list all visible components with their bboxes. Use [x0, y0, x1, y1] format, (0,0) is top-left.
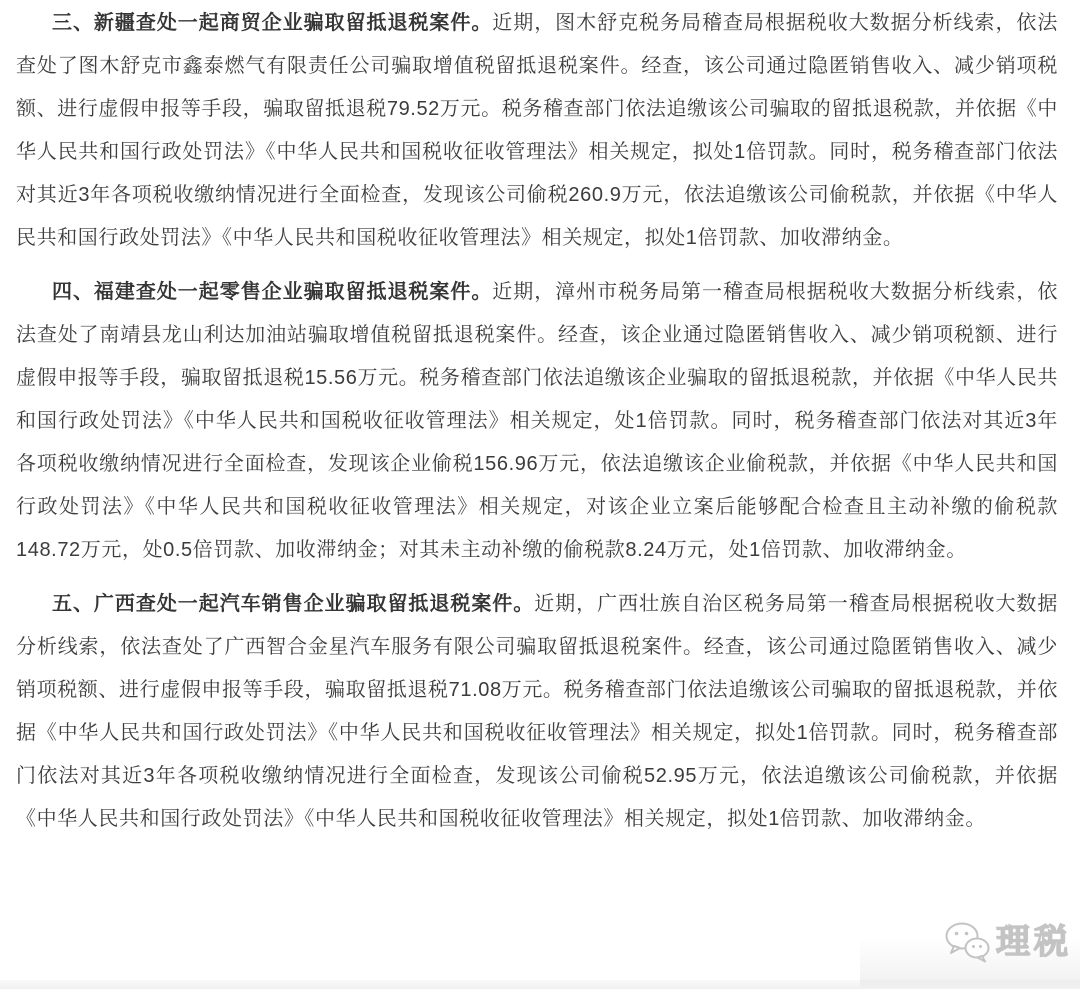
article-body: 三、新疆查处一起商贸企业骗取留抵退税案件。近期，图木舒克税务局稽查局根据税收大数… — [0, 0, 1080, 852]
page-bottom-edge — [0, 980, 1080, 989]
paragraph-case-3-title: 三、新疆查处一起商贸企业骗取留抵退税案件。 — [52, 12, 492, 34]
paragraph-case-3-text: 近期，图木舒克税务局稽查局根据税收大数据分析线索，依法查处了图木舒克市鑫泰燃气有… — [16, 12, 1058, 249]
wechat-icon — [944, 921, 990, 963]
watermark-label: 理税 — [996, 925, 1072, 959]
paragraph-case-5-text: 近期，广西壮族自治区税务局第一稽查局根据税收大数据分析线索，依法查处了广西智合金… — [16, 593, 1058, 830]
paragraph-case-4-title: 四、福建查处一起零售企业骗取留抵退税案件。 — [52, 281, 492, 303]
paragraph-case-5-title: 五、广西查处一起汽车销售企业骗取留抵退税案件。 — [52, 593, 534, 615]
article-page: 三、新疆查处一起商贸企业骗取留抵退税案件。近期，图木舒克税务局稽查局根据税收大数… — [0, 0, 1080, 989]
paragraph-case-4-text: 近期，漳州市税务局第一稽查局根据税收大数据分析线索，依法查处了南靖县龙山利达加油… — [16, 281, 1058, 561]
paragraph-case-4: 四、福建查处一起零售企业骗取留抵退税案件。近期，漳州市税务局第一稽查局根据税收大… — [16, 271, 1058, 572]
watermark: 理税 — [944, 921, 1072, 963]
paragraph-case-5: 五、广西查处一起汽车销售企业骗取留抵退税案件。近期，广西壮族自治区税务局第一稽查… — [16, 583, 1058, 841]
paragraph-case-3: 三、新疆查处一起商贸企业骗取留抵退税案件。近期，图木舒克税务局稽查局根据税收大数… — [16, 2, 1058, 260]
